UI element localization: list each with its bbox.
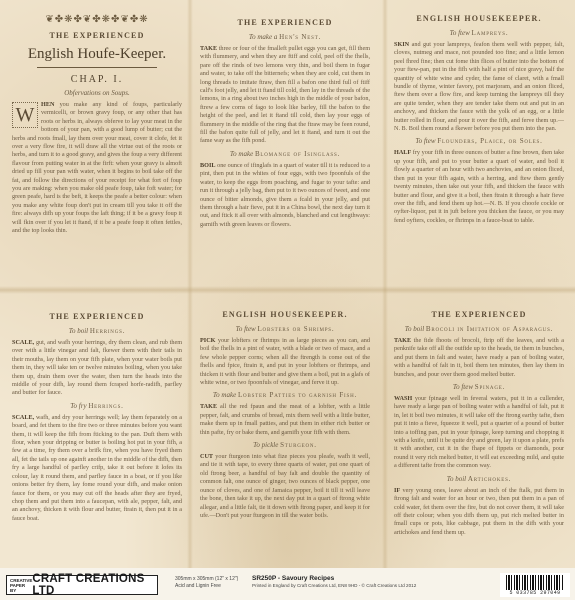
paper-specs: 305mm x 305mm (12" x 12") Acid and Ligni… — [175, 576, 238, 590]
recipe-heading: To make Lobster Patties to garnish Fish. — [200, 391, 370, 399]
barcode-number: 5 033785 297049 — [500, 590, 570, 596]
recipe-text: SKIN and gut your lampreys, feafon them … — [394, 41, 564, 133]
recipe-heading: To make Blomange of Isinglass. — [200, 150, 370, 158]
running-head: THE EXPERIENCED — [394, 310, 564, 319]
recipe-paper-sheet: ❦✤❋✤❦✤❋✤❦✤❋ THE EXPERIENCED English Houf… — [0, 0, 575, 568]
recipe-text: TAKE all the red fpaun and the meat of a… — [200, 403, 370, 437]
recipe-heading: To make a Hen's Nest. — [200, 33, 370, 41]
ornament-border: ❦✤❋✤❦✤❋✤❦✤❋ — [12, 14, 182, 25]
panel-herrings: THE EXPERIENCED To boil Herrings.SCALE, … — [12, 312, 182, 523]
size-line: 305mm x 305mm (12" x 12") — [175, 576, 238, 583]
recipe-text: TAKE three or four of the fmalleft pulle… — [200, 45, 370, 146]
recipe-text: WASH your fpinage well in feveral waters… — [394, 395, 564, 471]
panel-lampreys: ENGLISH HOUSEKEEPER. To ftew Lampreys.SK… — [394, 14, 564, 225]
recipe-heading: To boil Artichokes. — [394, 475, 564, 483]
barcode-bars — [506, 575, 564, 590]
panel-hens-nest: THE EXPERIENCED To make a Hen's Nest.TAK… — [200, 18, 370, 229]
panel-title-page: ❦✤❋✤❦✤❋✤❦✤❋ THE EXPERIENCED English Houf… — [12, 14, 182, 236]
recipe-text: CUT your fturgeon into what fize pieces … — [200, 453, 370, 520]
chapter-heading: CHAP. I. — [12, 74, 182, 85]
recipe-text: BOIL one ounce of ifinglafs in a quart o… — [200, 162, 370, 229]
running-head: ENGLISH HOUSEKEEPER. — [394, 14, 564, 23]
book-intro: THE EXPERIENCED — [12, 31, 182, 40]
title-rule — [37, 67, 157, 68]
recipe-heading: To boil Herrings. — [12, 327, 182, 335]
recipe-heading: To ftew Spinage. — [394, 383, 564, 391]
running-head: THE EXPERIENCED — [12, 312, 182, 321]
product-label-strip: CREATIVE PAPER BY CRAFT CREATIONS LTD 30… — [0, 568, 575, 600]
panel-divider — [187, 0, 193, 568]
brand-prefix: CREATIVE PAPER BY — [10, 578, 32, 593]
recipe-text: IF very young ones, leave about an inch … — [394, 487, 564, 537]
recipe-text: SCALE, gut, and wafh your herrings, dry … — [12, 339, 182, 398]
recipe-text: HALF fry your fifh in three ounces of bu… — [394, 149, 564, 225]
dropcap-letter: W — [12, 102, 38, 128]
recipe-heading: To ftew Lampreys. — [394, 29, 564, 37]
section-heading: Obfervations on Soups. — [12, 89, 182, 97]
barcode-icon: 5 033785 297049 — [500, 573, 570, 597]
panel-divider — [382, 0, 388, 568]
recipe-text: TAKE the fide fhoots of brocoli, ftrip o… — [394, 337, 564, 379]
product-info: SR250P - Savoury Recipes Printed in Engl… — [252, 575, 416, 588]
product-title: SR250P - Savoury Recipes — [252, 575, 416, 582]
recipe-heading: To ftew Lobsters or Shrimps. — [200, 325, 370, 333]
book-title: English Houfe-Keeper. — [12, 46, 182, 63]
running-head: THE EXPERIENCED — [200, 18, 370, 27]
running-head: ENGLISH HOUSEKEEPER. — [200, 310, 370, 319]
recipe-heading: To boil Brocoli in Imitation of Asparagu… — [394, 325, 564, 333]
recipe-heading: To fry Herrings. — [12, 402, 182, 410]
panel-lobsters: ENGLISH HOUSEKEEPER. To ftew Lobsters or… — [200, 310, 370, 520]
panel-brocoli: THE EXPERIENCED To boil Brocoli in Imita… — [394, 310, 564, 537]
recipe-text: SCALE, wafh, and dry your herrings well;… — [12, 414, 182, 523]
recipe-text: PICK your lobfters or fhrimps in as larg… — [200, 337, 370, 387]
recipe-heading: To pickle Sturgeon. — [200, 441, 370, 449]
acid-free-line: Acid and Lignin Free — [175, 583, 238, 590]
recipe-text: W HEN you make any kind of foups, partic… — [12, 101, 182, 236]
brand-name: CRAFT CREATIONS LTD — [32, 573, 157, 597]
panel-divider — [0, 286, 575, 294]
printed-line: Printed in England by Craft Creations Lt… — [252, 583, 416, 588]
brand-logo: CREATIVE PAPER BY CRAFT CREATIONS LTD — [6, 575, 158, 595]
recipe-heading: To ftew Flounders, Plaice, or Soles. — [394, 137, 564, 145]
